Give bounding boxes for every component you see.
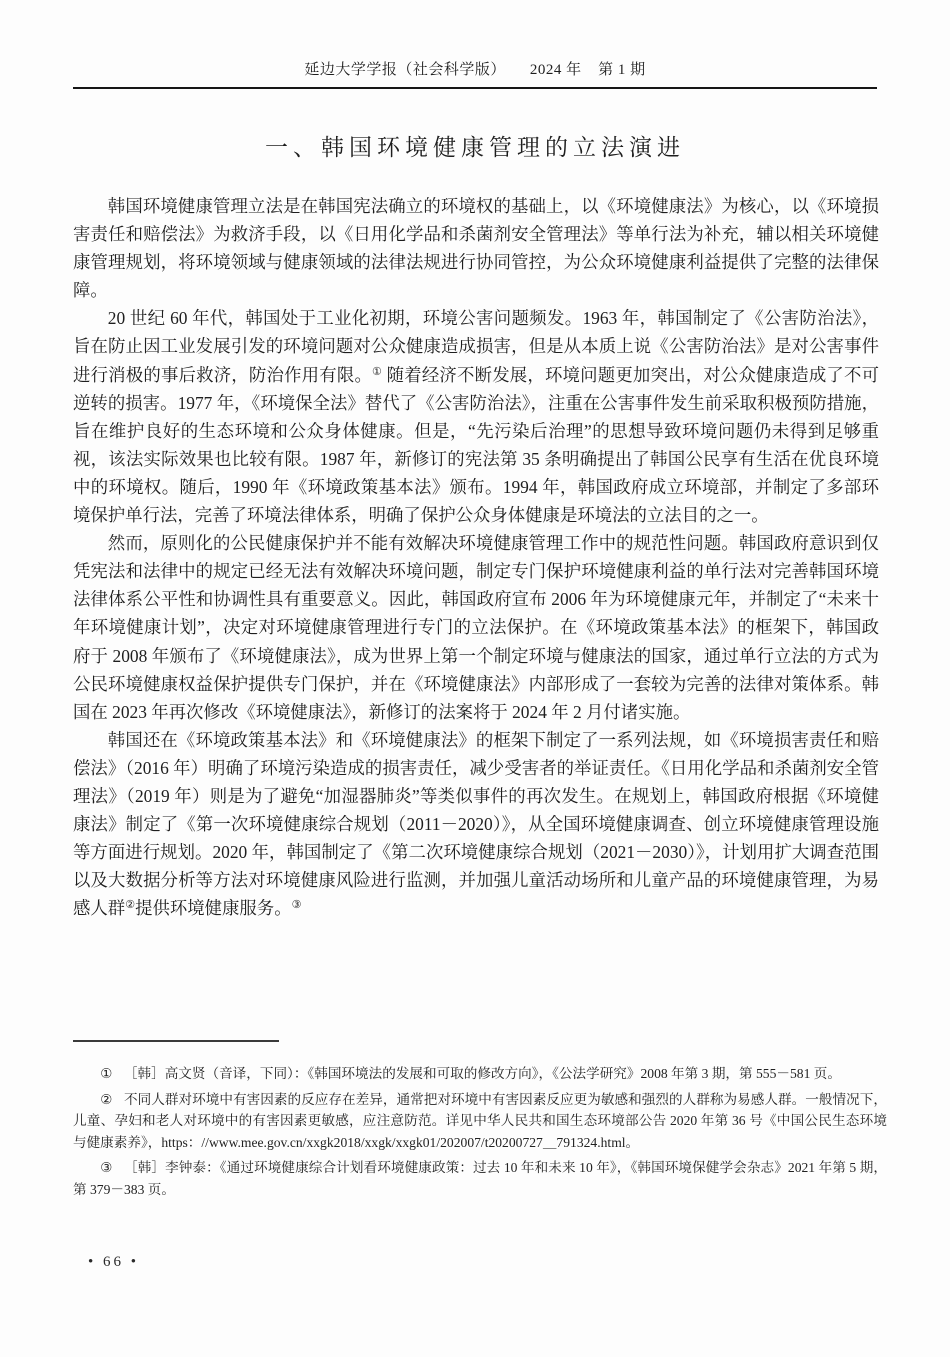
header-rule bbox=[73, 87, 877, 89]
footnote-marker: ① bbox=[100, 1066, 112, 1081]
footnote-separator bbox=[73, 1040, 279, 1042]
article-body: 韩国环境健康管理立法是在韩国宪法确立的环境权的基础上，以《环境健康法》为核心，以… bbox=[73, 192, 879, 922]
footnote-ref-sup: ② bbox=[125, 899, 135, 911]
body-paragraph: 韩国环境健康管理立法是在韩国宪法确立的环境权的基础上，以《环境健康法》为核心，以… bbox=[73, 192, 879, 304]
journal-header: 延边大学学报（社会科学版）2024 年第 1 期 bbox=[73, 58, 877, 79]
body-paragraph: 韩国还在《环境政策基本法》和《环境健康法》的框架下制定了一系列法规，如《环境损害… bbox=[73, 726, 879, 923]
footnote-list: ①［韩］高文贤（音译，下同）：《韩国环境法的发展和可取的修改方向》，《公法学研究… bbox=[73, 1063, 887, 1200]
footnote-marker: ② bbox=[100, 1092, 112, 1107]
footnote-ref-sup: ① bbox=[372, 366, 382, 378]
body-paragraph: 20 世纪 60 年代，韩国处于工业化初期，环境公害问题频发。1963 年，韩国… bbox=[73, 304, 879, 529]
journal-title: 延边大学学报（社会科学版） bbox=[304, 62, 506, 78]
page-number: • 66 • bbox=[88, 1254, 139, 1271]
footnote-marker: ③ bbox=[100, 1160, 112, 1175]
journal-year: 2024 年 bbox=[530, 62, 582, 78]
journal-page: 延边大学学报（社会科学版）2024 年第 1 期 一、韩国环境健康管理的立法演进… bbox=[0, 0, 950, 1357]
footnote: ②不同人群对环境中有害因素的反应存在差异，通常把对环境中有害因素反应更为敏感和强… bbox=[73, 1089, 887, 1154]
footnote-ref-sup: ③ bbox=[292, 899, 302, 911]
journal-issue: 第 1 期 bbox=[598, 62, 646, 78]
section-title: 一、韩国环境健康管理的立法演进 bbox=[73, 129, 877, 162]
footnote-section: ①［韩］高文贤（音译，下同）：《韩国环境法的发展和可取的修改方向》，《公法学研究… bbox=[73, 1040, 887, 1204]
footnote: ①［韩］高文贤（音译，下同）：《韩国环境法的发展和可取的修改方向》，《公法学研究… bbox=[73, 1063, 887, 1085]
body-paragraph: 然而，原则化的公民健康保护并不能有效解决环境健康管理工作中的规范性问题。韩国政府… bbox=[73, 529, 879, 726]
footnote: ③［韩］李钟泰：《通过环境健康综合计划看环境健康政策：过去 10 年和未来 10… bbox=[73, 1157, 887, 1200]
